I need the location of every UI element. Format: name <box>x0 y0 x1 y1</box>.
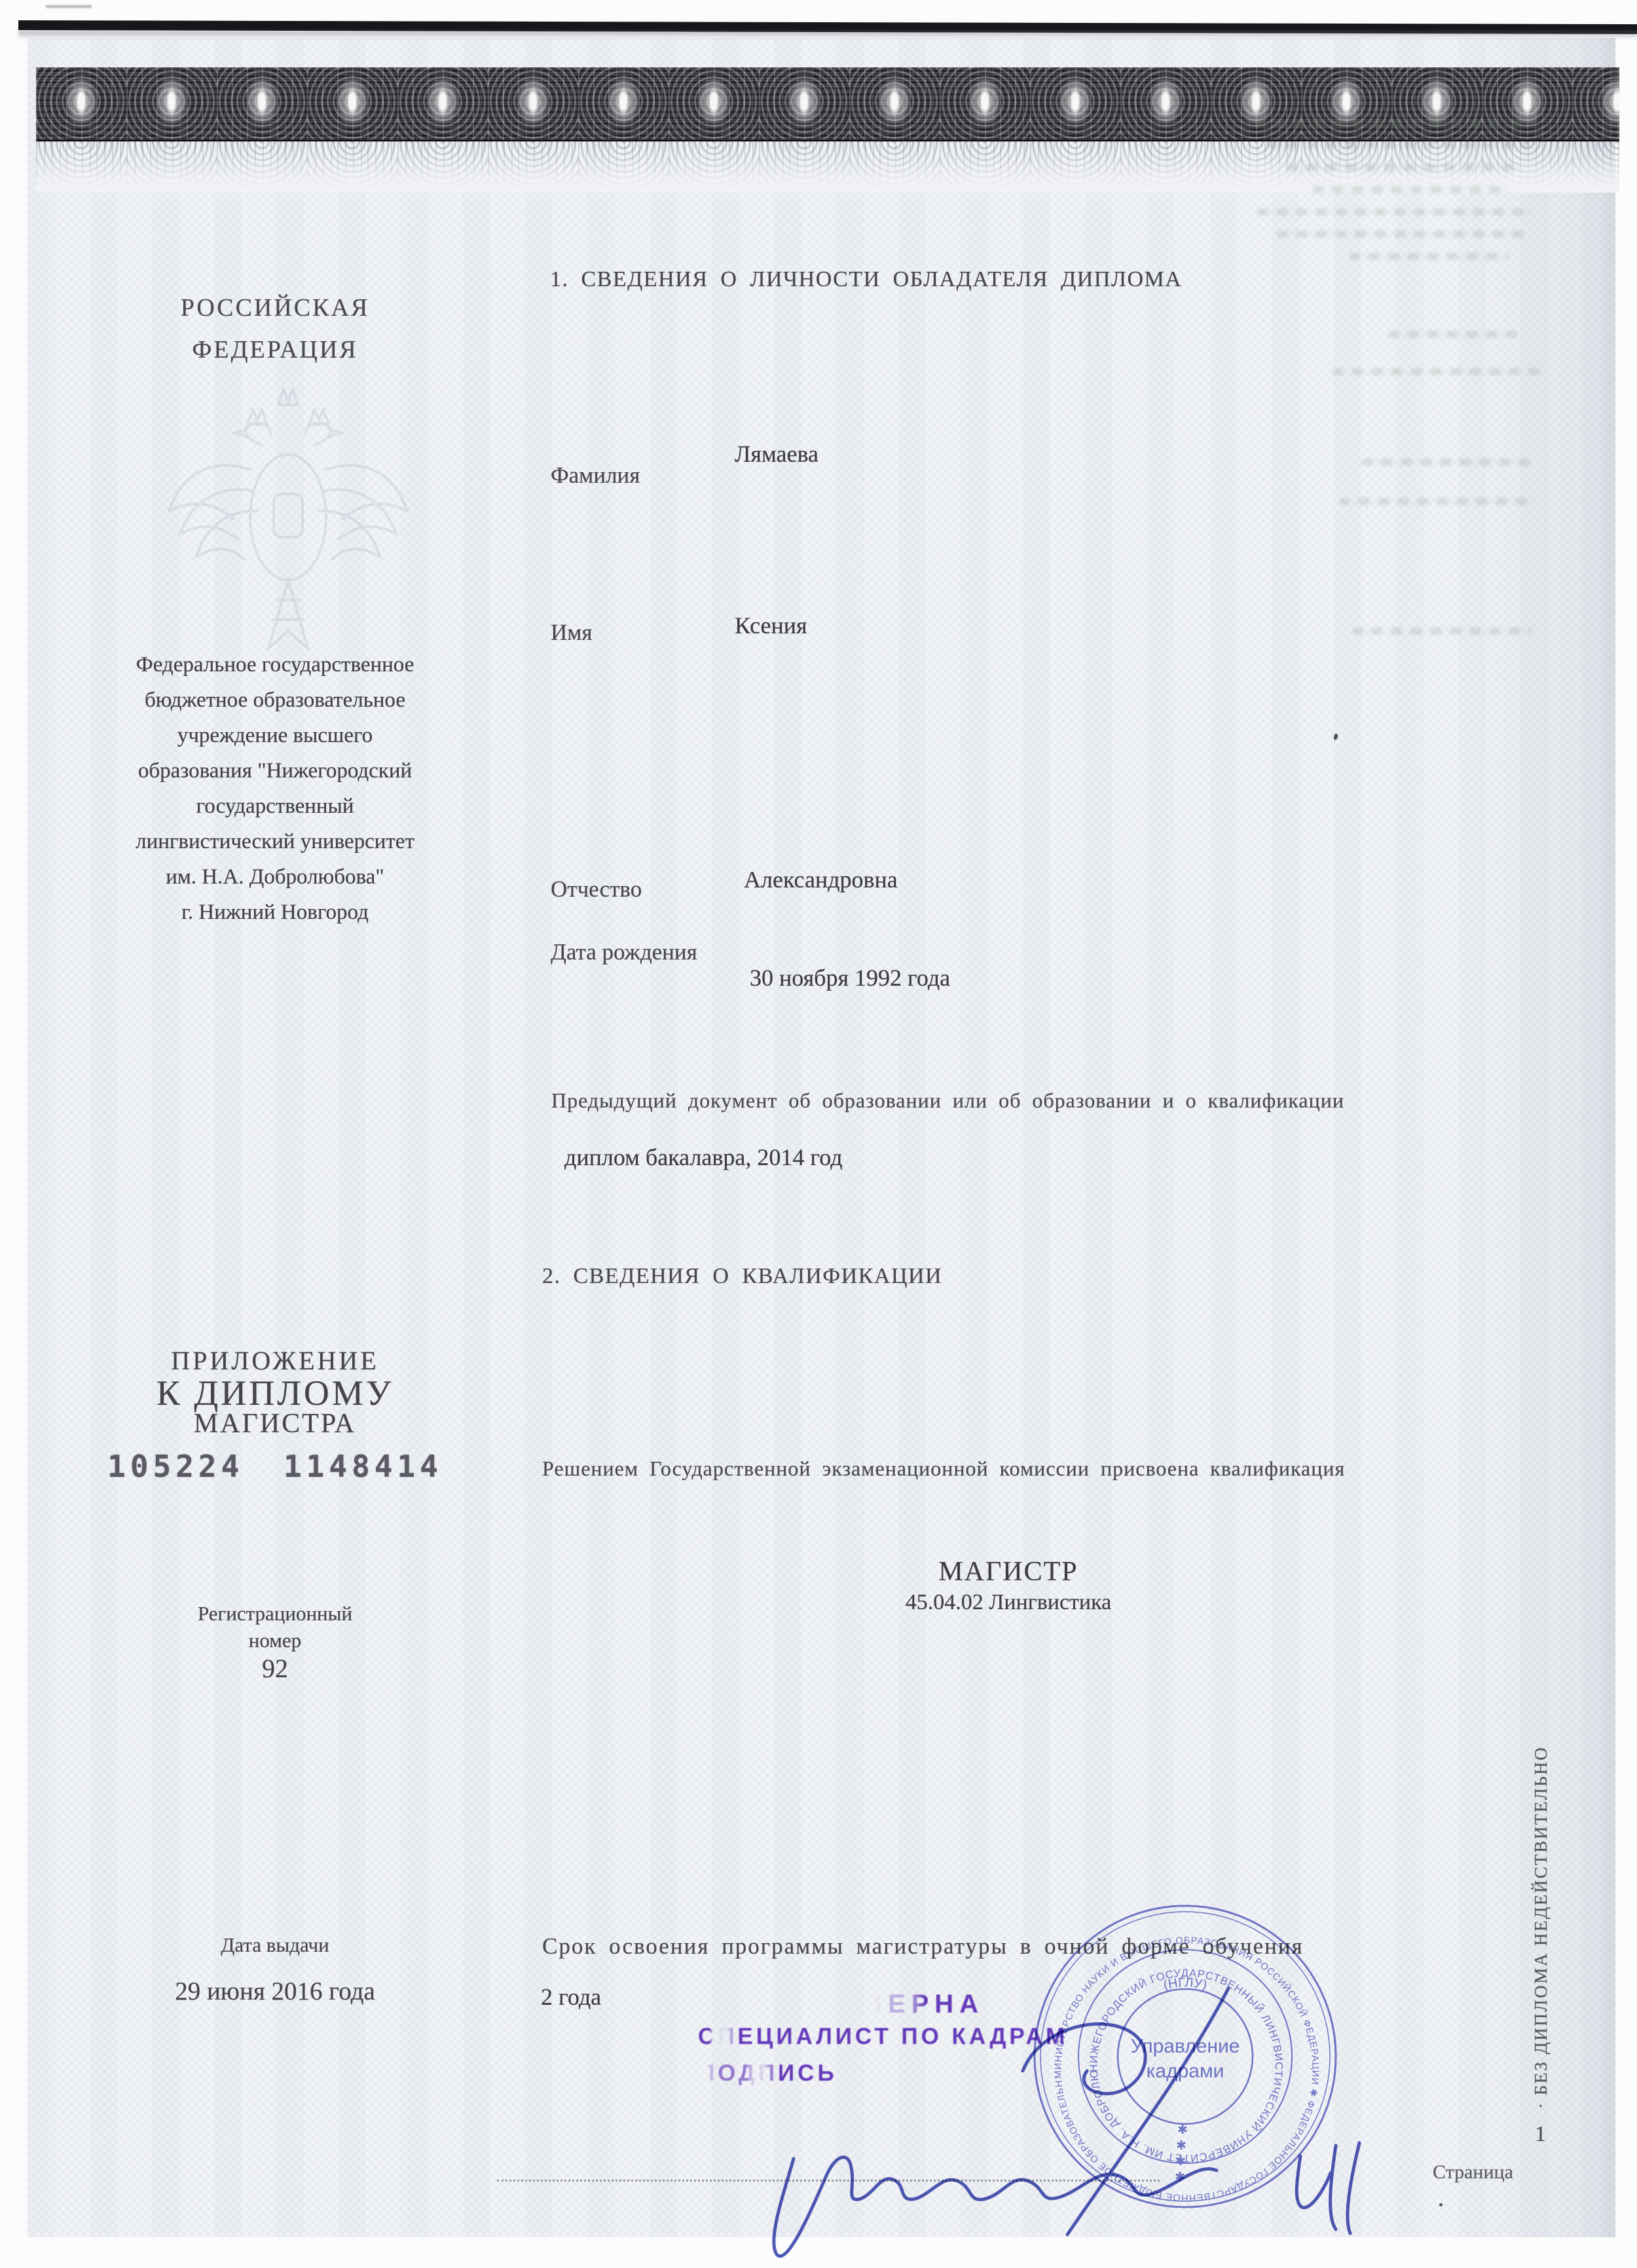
scan-smudge-artifact <box>46 5 92 8</box>
scan-edge-bar-shadow <box>18 31 1637 39</box>
patronymic-value: Александровна <box>744 866 898 893</box>
page-label: Страница <box>1433 2161 1513 2184</box>
registration-number-label-line1: Регистрационный <box>62 1602 488 1626</box>
study-duration-value: 2 года <box>541 1983 601 2011</box>
institution-line: лингвистический университет <box>62 824 488 859</box>
institution-name: Федеральное государственное бюджетное об… <box>62 647 488 930</box>
round-stamp-abbr: (НГЛУ) <box>1162 1975 1208 1992</box>
birthdate-value: 30 ноября 1992 года <box>750 964 950 992</box>
round-stamp-star: ✱ <box>1175 2170 1185 2184</box>
round-stamp-center-line1: Управление <box>1131 2036 1240 2057</box>
institution-line: им. Н.А. Добролюбова" <box>62 859 488 895</box>
institution-line: образования "Нижегородский <box>62 753 488 789</box>
firstname-label: Имя <box>551 620 593 646</box>
surname-label: Фамилия <box>551 462 640 489</box>
hr-stamp-verna-line: ВЕРНА <box>863 1990 984 2019</box>
appendix-title-line1: ПРИЛОЖЕНИЕ <box>62 1345 488 1376</box>
russian-coat-of-arms-watermark <box>157 365 419 693</box>
country-line-1: РОССИЙСКАЯ <box>62 287 488 329</box>
institution-line: г. Нижний Новгород <box>62 895 488 930</box>
qualification-value: МАГИСТР <box>543 1556 1473 1588</box>
side-note-vertical: · БЕЗ ДИПЛОМА НЕДЕЙСТВИТЕЛЬНО <box>1531 1703 1560 2109</box>
institution-line: государственный <box>62 789 488 824</box>
qualification-decision-text: Решением Государственной экзаменационной… <box>542 1457 1345 1481</box>
program-code: 45.04.02 Лингвистика <box>543 1590 1473 1615</box>
registration-number-label-line2: номер <box>62 1629 488 1652</box>
round-stamp-star: ✱ <box>1177 2123 1188 2137</box>
institution-line: учреждение высшего <box>62 718 488 753</box>
section1-title: 1. СВЕДЕНИЯ О ЛИЧНОСТИ ОБЛАДАТЕЛЯ ДИПЛОМ… <box>550 267 1182 292</box>
guilloche-security-band <box>36 67 1619 141</box>
appendix-title-line3: МАГИСТРА <box>62 1408 488 1440</box>
surname-value: Лямаева <box>735 440 819 468</box>
round-stamp-star: ✱ <box>1175 2155 1186 2168</box>
round-stamp-center-line2: кадрами <box>1147 2060 1224 2082</box>
previous-education-label: Предыдущий документ об образовании или о… <box>551 1088 1344 1113</box>
previous-education-value: диплом бакалавра, 2014 год <box>564 1143 843 1171</box>
ink-dot-artifact <box>1439 2203 1443 2206</box>
appendix-title-line2: К ДИПЛОМУ <box>62 1373 488 1413</box>
country-line-2: ФЕДЕРАЦИЯ <box>62 329 488 371</box>
university-round-stamp: МИНИСТЕРСТВО НАУКИ И ВЫСШЕГО ОБРАЗОВАНИЯ… <box>1028 1899 1342 2214</box>
svg-text:(НГЛУ): (НГЛУ) <box>1162 1975 1208 1992</box>
page-number: 1 <box>1535 2122 1546 2147</box>
hr-stamp-signature-line: ПОДПИСЬ <box>698 2060 837 2087</box>
diploma-serial-number: 105224 1148414 <box>62 1449 488 1484</box>
firstname-value: Ксения <box>735 612 807 639</box>
birthdate-label: Дата рождения <box>551 939 697 965</box>
issue-date-label: Дата выдачи <box>62 1933 488 1957</box>
institution-line: Федеральное государственное <box>62 647 488 682</box>
round-stamp-star: ✱ <box>1176 2139 1186 2153</box>
patronymic-label: Отчество <box>551 876 642 902</box>
institution-line: бюджетное образовательное <box>62 682 488 718</box>
registration-number: 92 <box>62 1653 488 1684</box>
section2-title: 2. СВЕДЕНИЯ О КВАЛИФИКАЦИИ <box>542 1264 942 1289</box>
country-name: РОССИЙСКАЯ ФЕДЕРАЦИЯ <box>62 287 488 371</box>
hr-stamp-specialist-line: СПЕЦИАЛИСТ ПО КАДРАМ <box>698 2024 1068 2050</box>
issue-date: 29 июня 2016 года <box>62 1977 488 2006</box>
